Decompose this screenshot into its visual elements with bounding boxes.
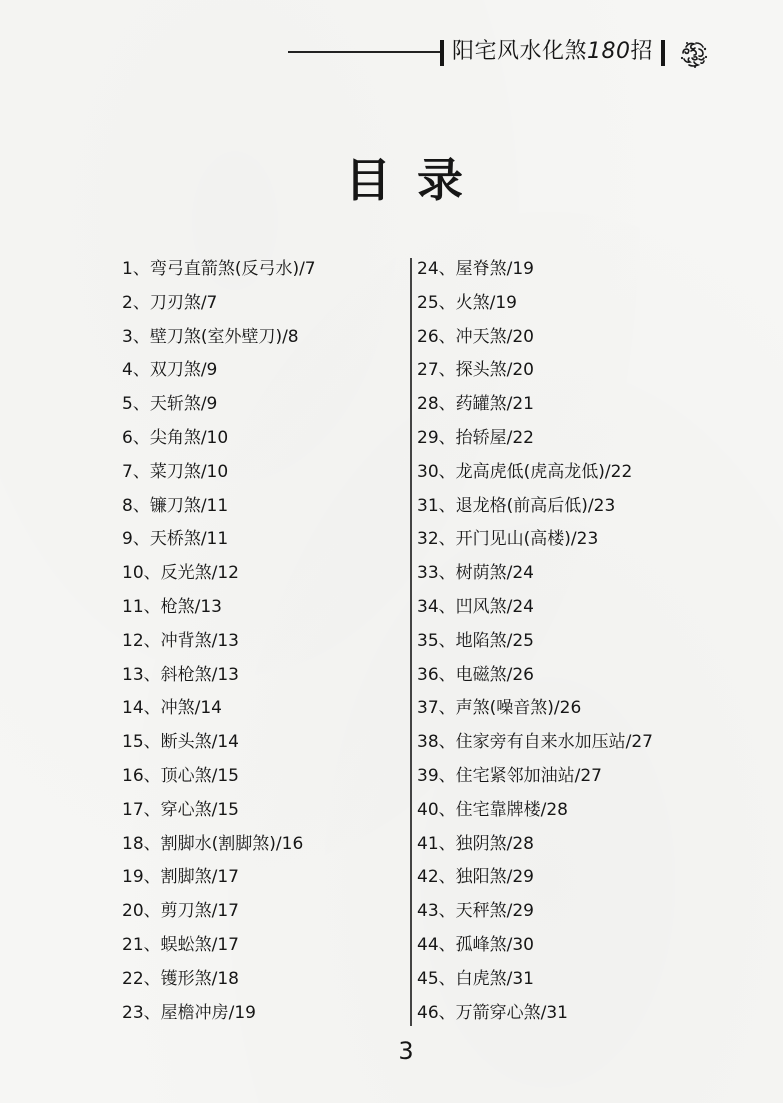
toc-entry[interactable]: 29、抬轿屋/22 [417, 422, 653, 456]
toc-entry[interactable]: 19、割脚煞/17 [122, 861, 316, 895]
toc-entry[interactable]: 16、顶心煞/15 [122, 760, 316, 794]
toc-entry[interactable]: 39、住宅紧邻加油站/27 [417, 760, 653, 794]
page-title: 目录 [345, 152, 489, 208]
toc-entry[interactable]: 13、斜枪煞/13 [122, 659, 316, 693]
toc-entry[interactable]: 38、住家旁有自来水加压站/27 [417, 726, 653, 760]
header-bar-left [440, 40, 444, 66]
toc-entry[interactable]: 2、刀刃煞/7 [122, 287, 316, 321]
column-divider [410, 258, 412, 1026]
toc-column-left: 1、弯弓直箭煞(反弓水)/7 2、刀刃煞/7 3、壁刀煞(室外壁刀)/8 4、双… [122, 253, 316, 1030]
toc-entry[interactable]: 14、冲煞/14 [122, 692, 316, 726]
toc-entry[interactable]: 7、菜刀煞/10 [122, 456, 316, 490]
toc-entry[interactable]: 30、龙高虎低(虎高龙低)/22 [417, 456, 653, 490]
toc-entry[interactable]: 41、独阴煞/28 [417, 828, 653, 862]
toc-entry[interactable]: 35、地陷煞/25 [417, 625, 653, 659]
toc-entry[interactable]: 27、探头煞/20 [417, 354, 653, 388]
toc-entry[interactable]: 31、退龙格(前高后低)/23 [417, 490, 653, 524]
toc-entry[interactable]: 34、凹风煞/24 [417, 591, 653, 625]
toc-entry[interactable]: 12、冲背煞/13 [122, 625, 316, 659]
toc-entry[interactable]: 4、双刀煞/9 [122, 354, 316, 388]
toc-entry[interactable]: 21、蜈蚣煞/17 [122, 929, 316, 963]
toc-entry[interactable]: 37、声煞(噪音煞)/26 [417, 692, 653, 726]
toc-entry[interactable]: 23、屋檐冲房/19 [122, 997, 316, 1031]
toc-entry[interactable]: 42、独阳煞/29 [417, 861, 653, 895]
toc-entry[interactable]: 22、镬形煞/18 [122, 963, 316, 997]
toc-entry[interactable]: 17、穿心煞/15 [122, 794, 316, 828]
toc-entry[interactable]: 1、弯弓直箭煞(反弓水)/7 [122, 253, 316, 287]
toc-entry[interactable]: 44、孤峰煞/30 [417, 929, 653, 963]
toc-entry[interactable]: 45、白虎煞/31 [417, 963, 653, 997]
toc-entry[interactable]: 20、剪刀煞/17 [122, 895, 316, 929]
toc-entry[interactable]: 36、电磁煞/26 [417, 659, 653, 693]
toc-entry[interactable]: 26、冲天煞/20 [417, 321, 653, 355]
toc-entry[interactable]: 9、天桥煞/11 [122, 523, 316, 557]
toc-entry[interactable]: 28、药罐煞/21 [417, 388, 653, 422]
swirl-ornament-icon [677, 37, 711, 71]
toc-entry[interactable]: 5、天斩煞/9 [122, 388, 316, 422]
toc-column-right: 24、屋脊煞/19 25、火煞/19 26、冲天煞/20 27、探头煞/20 2… [417, 253, 653, 1030]
running-header-title: 阳宅风水化煞180招 [452, 38, 653, 66]
toc-entry[interactable]: 40、住宅靠牌楼/28 [417, 794, 653, 828]
toc-entry[interactable]: 11、枪煞/13 [122, 591, 316, 625]
toc-entry[interactable]: 3、壁刀煞(室外壁刀)/8 [122, 321, 316, 355]
header-rule [288, 51, 440, 53]
toc-entry[interactable]: 46、万箭穿心煞/31 [417, 997, 653, 1031]
toc-entry[interactable]: 25、火煞/19 [417, 287, 653, 321]
toc-entry[interactable]: 33、树荫煞/24 [417, 557, 653, 591]
book-title-number: 180 [587, 39, 631, 64]
toc-entry[interactable]: 32、开门见山(高楼)/23 [417, 523, 653, 557]
toc-entry[interactable]: 18、割脚水(割脚煞)/16 [122, 828, 316, 862]
toc-entry[interactable]: 10、反光煞/12 [122, 557, 316, 591]
toc-entry[interactable]: 6、尖角煞/10 [122, 422, 316, 456]
header-bar-right [661, 40, 665, 66]
toc-entry[interactable]: 43、天秤煞/29 [417, 895, 653, 929]
toc-entry[interactable]: 24、屋脊煞/19 [417, 253, 653, 287]
toc-entry[interactable]: 8、镰刀煞/11 [122, 490, 316, 524]
toc-entry[interactable]: 15、断头煞/14 [122, 726, 316, 760]
book-title-prefix: 阳宅风水化煞 [452, 39, 587, 64]
book-title-suffix: 招 [631, 39, 654, 64]
page-number: 3 [391, 1036, 421, 1066]
